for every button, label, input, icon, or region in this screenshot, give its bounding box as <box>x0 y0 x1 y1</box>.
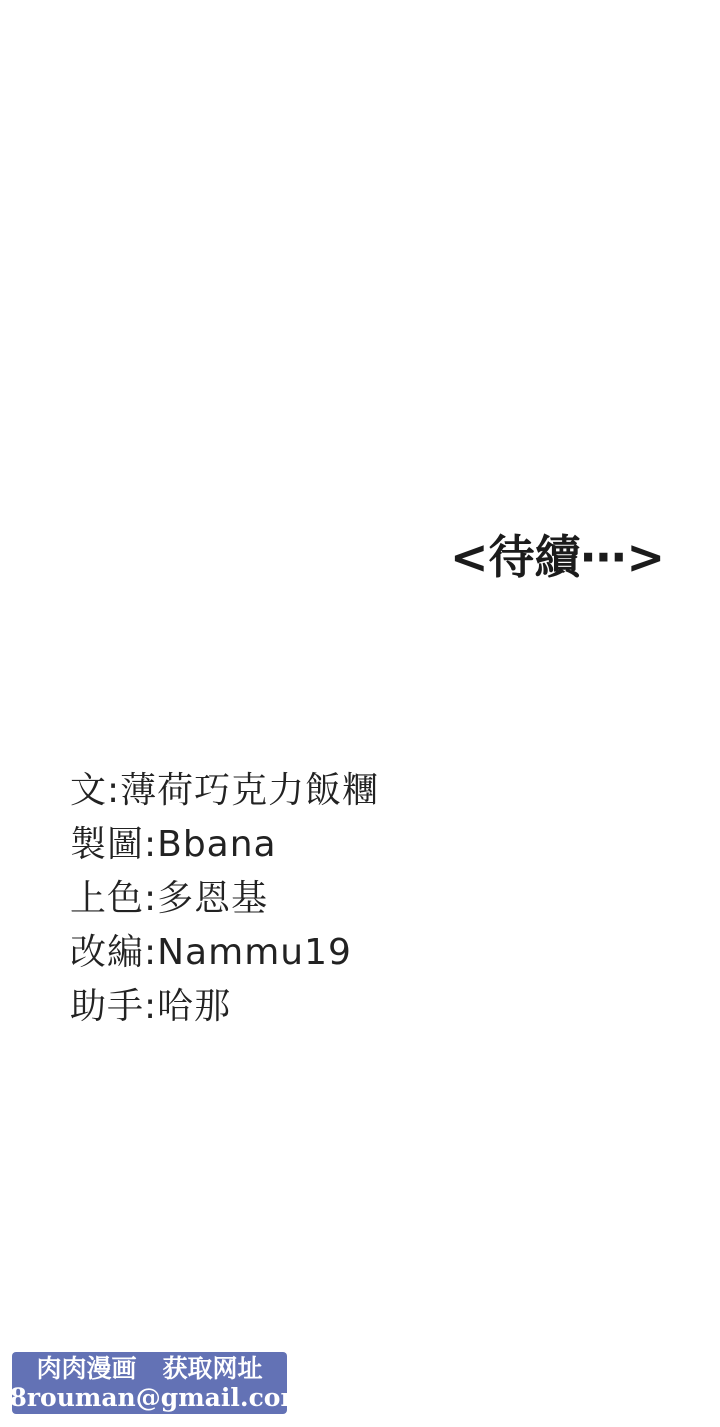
to-be-continued-text: <待續⋯> <box>450 532 665 583</box>
credit-artist: 製圖:Bbana <box>70 818 379 872</box>
watermark-badge: 肉肉漫画 获取网址 18rouman@gmail.com <box>12 1352 287 1414</box>
watermark-email: 18rouman@gmail.com <box>0 1383 307 1412</box>
watermark-title-line: 肉肉漫画 获取网址 <box>36 1354 262 1383</box>
watermark-site-name: 肉肉漫画 <box>36 1354 136 1383</box>
credits-block: 文:薄荷巧克力飯糰 製圖:Bbana 上色:多恩基 改編:Nammu19 助手:… <box>70 764 379 1034</box>
credit-adaptation: 改編:Nammu19 <box>70 926 379 980</box>
comic-ending-page: <待續⋯> 文:薄荷巧克力飯糰 製圖:Bbana 上色:多恩基 改編:Nammu… <box>0 0 720 1427</box>
credit-assistant: 助手:哈那 <box>70 980 379 1034</box>
watermark-action-text: 获取网址 <box>163 1354 263 1383</box>
credit-writer: 文:薄荷巧克力飯糰 <box>70 764 379 818</box>
credit-colorist: 上色:多恩基 <box>70 872 379 926</box>
